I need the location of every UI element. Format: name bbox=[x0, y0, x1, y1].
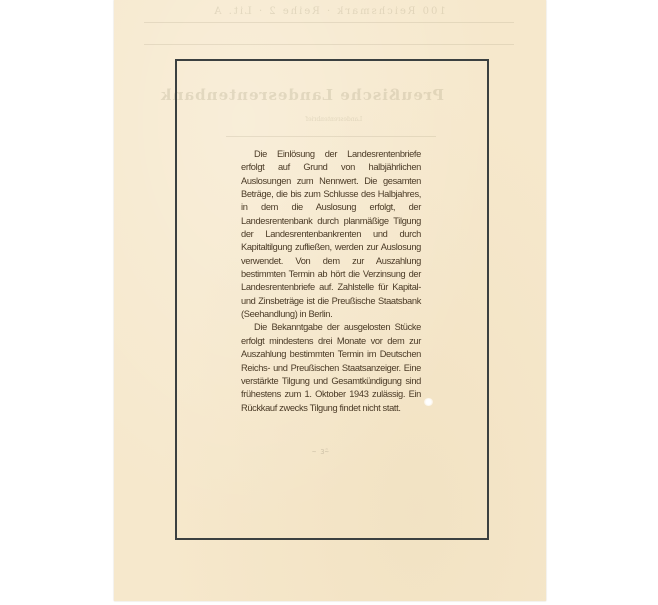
document-paper: 100 Reichsmark · Reihe 2 · Lit. A Preußi… bbox=[114, 0, 546, 601]
terms-paragraph-announcement: Die Bekanntgabe der ausgelosten Stücke e… bbox=[241, 321, 421, 414]
terms-paragraph-redemption: Die Einlösung der Landesrentenbriefe erf… bbox=[241, 148, 421, 321]
showthrough-rule bbox=[144, 22, 514, 23]
showthrough-header: 100 Reichsmark · Reihe 2 · Lit. A bbox=[154, 6, 504, 17]
terms-text-block: Die Einlösung der Landesrentenbriefe erf… bbox=[241, 148, 421, 415]
faint-stamp-mark: ~ 3̃~ bbox=[312, 448, 329, 457]
showthrough-rule bbox=[144, 44, 514, 45]
perforation-hole bbox=[424, 398, 433, 406]
